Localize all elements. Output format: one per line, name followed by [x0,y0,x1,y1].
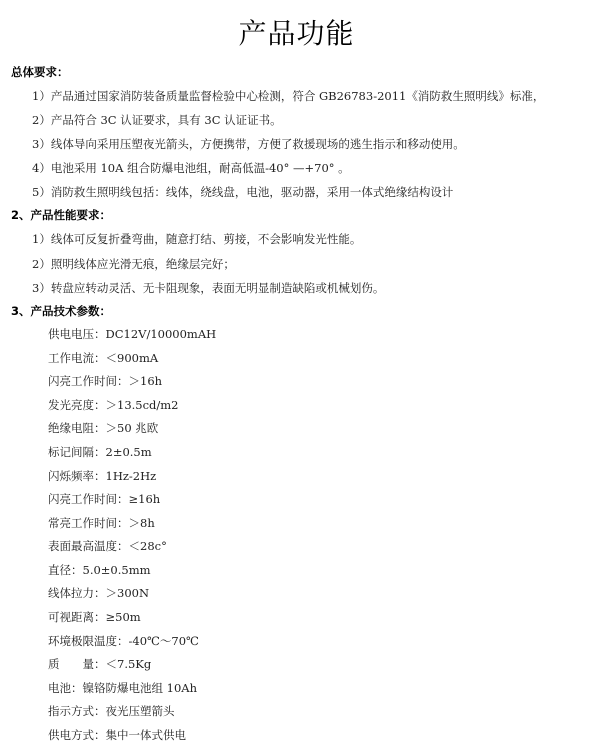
param-insulation-resistance: 绝缘电阻：＞50 兆欧 [48,420,158,436]
param-visible-distance: 可视距离：≥50m [48,609,141,625]
param-indication-method: 指示方式：夜光压塑箭头 [48,703,175,719]
param-ambient-temperature-limits: 环境极限温度：-40℃～70℃ [48,633,199,649]
section-heading-technical-parameters: 3、产品技术参数： [11,303,111,319]
general-requirement-item: 5）消防救生照明线包括：线体，绕线盘，电池，驱动器，采用一体式绝缘结构设计 [32,184,453,200]
param-flash-working-time: 闪亮工作时间：＞16h [48,373,162,389]
param-steady-working-time: 常亮工作时间：＞8h [48,515,155,531]
param-weight: 质 量：＜7.5Kg [48,656,151,672]
section-heading-general-requirements: 总体要求： [11,64,69,80]
param-luminance: 发光亮度：＞13.5cd/m2 [48,397,179,413]
section-heading-performance-requirements: 2、产品性能要求： [11,207,111,223]
param-power-supply-method: 供电方式：集中一体式供电 [48,727,186,743]
param-marker-interval: 标记间隔：2±0.5m [48,444,152,460]
param-flash-working-time-min: 闪亮工作时间：≥16h [48,491,160,507]
general-requirement-item: 4）电池采用 10A 组合防爆电池组，耐高低温-40° —+70° 。 [32,160,350,176]
param-supply-voltage: 供电电压：DC12V/10000mAH [48,326,216,342]
param-tensile-force: 线体拉力：＞300N [48,585,149,601]
performance-requirement-item: 1）线体可反复折叠弯曲，随意打结、剪接，不会影响发光性能。 [32,231,361,247]
general-requirement-item: 2）产品符合 3C 认证要求，具有 3C 认证证书。 [32,112,282,128]
param-max-surface-temperature: 表面最高温度：＜28c° [48,538,167,554]
page-title: 产品功能 [0,16,593,52]
general-requirement-item: 1）产品通过国家消防装备质量监督检验中心检测，符合 GB26783-2011《消… [32,88,544,104]
performance-requirement-item: 3）转盘应转动灵活、无卡阻现象，表面无明显制造缺陷或机械划伤。 [32,280,384,296]
performance-requirement-item: 2）照明线体应光滑无痕，绝缘层完好； [32,256,235,272]
param-diameter: 直径：5.0±0.5mm [48,562,151,578]
general-requirement-item: 3）线体导向采用压塑夜光箭头，方便携带，方便了救援现场的逃生指示和移动使用。 [32,136,465,152]
param-flash-frequency: 闪烁频率：1Hz-2Hz [48,468,156,484]
param-battery: 电池：镍铬防爆电池组 10Ah [48,680,197,696]
param-working-current: 工作电流：＜900mA [48,350,158,366]
